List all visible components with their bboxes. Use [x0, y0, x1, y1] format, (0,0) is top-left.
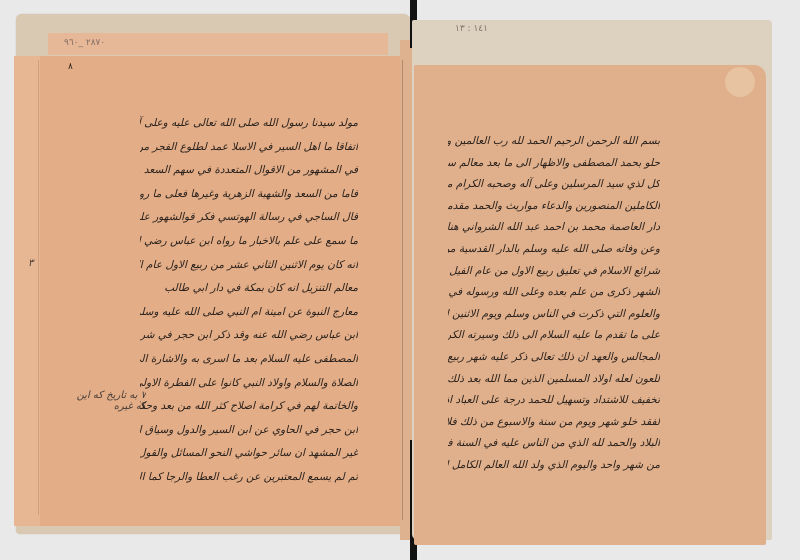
- left-page-fold-line: [38, 60, 39, 515]
- text-line: المجالس والعهد ان ذلك تعالى ذكر عليه شهر…: [448, 347, 660, 369]
- right-pencil-label: ١٤١ : ١٣: [455, 24, 488, 34]
- left-page-edge: [14, 56, 40, 526]
- left-pencil-number: ٢٨٧٠ _٩٦٠: [64, 38, 105, 48]
- text-line: دار العاصمة محمد بن احمد عبد الله الشروا…: [448, 217, 660, 239]
- text-line: ابن عباس رضي الله عنه وقد ذكر ابن حجر في…: [140, 324, 358, 348]
- text-line: والعلوم التي ذكرت في الناس وسلم ويوم الا…: [448, 304, 660, 326]
- text-line: مولد سيدنا رسول الله صلى الله تعالى عليه…: [140, 112, 358, 136]
- text-line: غير المشهد ان سائر حواشي النحو المسائل و…: [140, 442, 358, 466]
- left-margin-note-bottom: ٧ به تاريخ كه اين كه غيره: [66, 390, 146, 412]
- right-page-text: بسم الله الرحمن الرحيم الحمد لله رب العا…: [448, 131, 660, 477]
- left-margin-note-side: ٣: [28, 258, 33, 269]
- text-line: البلاد والحمد لله الذي من الناس عليه في …: [448, 433, 660, 455]
- text-line: الكاملين المنصورين والدعاء مواريث والحمد…: [448, 196, 660, 218]
- right-page-stain: [725, 67, 755, 97]
- text-line: انه كان يوم الاثنين الثاني عشر من ربيع ا…: [140, 254, 358, 278]
- text-line: تخفيف للاشتداد وتسهيل للحمد درجة على الع…: [448, 390, 660, 412]
- text-line: بسم الله الرحمن الرحيم الحمد لله رب العا…: [448, 131, 660, 153]
- text-line: فاما من السعد والشهبة الزهرية وغيرها فعل…: [140, 183, 358, 207]
- text-line: الشهر ذكرى من علم بعده وعلى الله ورسوله …: [448, 282, 660, 304]
- text-line: ابن حجر في الحاوي عن ابن السير والدول وس…: [140, 419, 358, 443]
- text-line: لفقد خلو شهر ويوم من سنة والاسبوع من ذلك…: [448, 412, 660, 434]
- text-line: معارج النبوة عن امينة ام النبي صلى الله …: [140, 301, 358, 325]
- text-line: ثم لم يسمع المعتبرين عن رغب العطا والرجا…: [140, 466, 358, 490]
- text-line: ما سمع على علم بالاخبار ما رواه ابن عباس…: [140, 230, 358, 254]
- text-line: من شهر واحد واليوم الذي ولد الله العالم …: [448, 455, 660, 477]
- gutter-fold-line: [402, 60, 403, 520]
- text-line: المصطفى عليه السلام بعد ما اسرى به والاش…: [140, 348, 358, 372]
- text-line: اتفاقا ما اهل السير في الاسلا عمد لطلوع …: [140, 136, 358, 160]
- text-line: في المشهور من الاقوال المتعددة في سهم ال…: [140, 159, 358, 183]
- left-corner-mark: ٨: [68, 62, 73, 72]
- text-line: الصلاة والسلام واولاد النبي كانوا على ال…: [140, 372, 358, 396]
- text-line: للعون لعله اولاد المسلمين الذين مما الله…: [448, 369, 660, 391]
- text-line: شرائع الاسلام في تعليق ربيع الاول من عام…: [448, 261, 660, 283]
- text-line: والخاتمة لهم في كرامة اصلاح كثر الله من …: [140, 395, 358, 419]
- text-line: على ما تقدم ما عليه السلام الى ذلك وسيرت…: [448, 325, 660, 347]
- text-line: كل لذي سيد المرسلين وعلى آله وصحبه الكرا…: [448, 174, 660, 196]
- text-line: حلو بحمد المصطفى والاظهار الى ما بعد معا…: [448, 153, 660, 175]
- left-page-text: مولد سيدنا رسول الله صلى الله تعالى عليه…: [140, 112, 358, 490]
- text-line: وعن وفاته صلى الله عليه وسلم بالدار القد…: [448, 239, 660, 261]
- text-line: قال الساجي في رسالة الهوتسي فكر قوالشهور…: [140, 206, 358, 230]
- text-line: معالم التنزيل انه كان بمكة في دار ابي طا…: [140, 277, 358, 301]
